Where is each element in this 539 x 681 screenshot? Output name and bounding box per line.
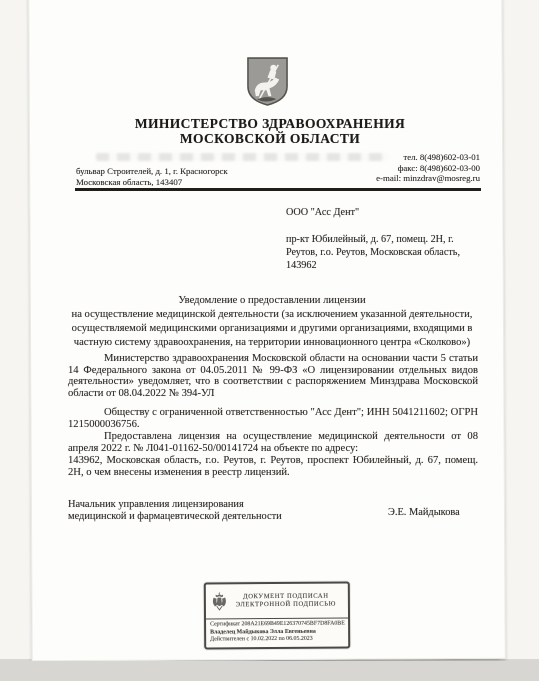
- electronic-signature-stamp: ДОКУМЕНТ ПОДПИСАН ЭЛЕКТРОННОЙ ПОДПИСЬЮ С…: [204, 581, 350, 649]
- ministry-title-line2: МОСКОВСКОЙ ОБЛАСТИ: [68, 131, 472, 146]
- moscow-region-emblem-icon: [246, 56, 289, 107]
- signatory-name: Э.Е. Майдыкова: [388, 507, 498, 518]
- body-paragraph-3-address: 143962, Московская область, г.о. Реутов,…: [68, 455, 478, 478]
- notice-title: Уведомление о предоставлении лицензии: [66, 294, 478, 308]
- scanned-document-page: МИНИСТЕРСТВО ЗДРАВООХРАНЕНИЯ МОСКОВСКОЙ …: [0, 0, 539, 681]
- header-contacts: тел. 8(498)602-03-01 факс: 8(498)602-03-…: [280, 152, 480, 184]
- double-headed-eagle-icon: [211, 590, 228, 612]
- stamp-title: ДОКУМЕНТ ПОДПИСАН ЭЛЕКТРОННОЙ ПОДПИСЬЮ: [228, 592, 344, 610]
- stamp-details: Сертификат 208A21E69B49E126370745BF7D8FA…: [206, 619, 348, 645]
- body-paragraph-3: Предоставлена лицензия на осуществление …: [68, 431, 478, 454]
- document-content: МИНИСТЕРСТВО ЗДРАВООХРАНЕНИЯ МОСКОВСКОЙ …: [0, 0, 539, 681]
- notice-heading: Уведомление о предоставлении лицензии на…: [66, 294, 478, 350]
- ministry-title-line1: МИНИСТЕРСТВО ЗДРАВООХРАНЕНИЯ: [68, 116, 472, 131]
- header-fax: факс: 8(498)602-03-00: [280, 163, 480, 174]
- signatory-position-line2: медицинской и фармацевтической деятельно…: [68, 511, 318, 523]
- signatory-position: Начальник управления лицензирования меди…: [68, 499, 318, 522]
- header-email: e-mail: minzdrav@mosreg.ru: [280, 173, 480, 184]
- recipient-address: пр-кт Юбилейный, д. 67, помещ. 2Н, г. Ре…: [286, 233, 486, 272]
- stamp-validity: Действителен с 10.02.2022 по 06.05.2023: [210, 636, 345, 645]
- stamp-certificate: Сертификат 208A21E69B49E126370745BF7D8FA…: [210, 621, 345, 630]
- header-address-line2: Московская область, 143407: [76, 177, 296, 188]
- body-paragraph-2: Обществу с ограниченной ответственностью…: [68, 407, 478, 430]
- body-paragraph-1: Министерство здравоохранения Московской …: [68, 353, 478, 399]
- header-phone: тел. 8(498)602-03-01: [280, 152, 480, 163]
- recipient-block: ООО "Асс Дент" пр-кт Юбилейный, д. 67, п…: [286, 206, 486, 272]
- header-address-line1: бульвар Строителей, д. 1, г. Красногорск: [76, 166, 296, 177]
- ministry-title: МИНИСТЕРСТВО ЗДРАВООХРАНЕНИЯ МОСКОВСКОЙ …: [68, 116, 472, 146]
- notice-subtitle: на осуществление медицинской деятельност…: [66, 308, 478, 350]
- signatory-position-line1: Начальник управления лицензирования: [68, 499, 318, 511]
- stamp-header: ДОКУМЕНТ ПОДПИСАН ЭЛЕКТРОННОЙ ПОДПИСЬЮ: [206, 584, 348, 618]
- stamp-title-line2: ЭЛЕКТРОННОЙ ПОДПИСЬЮ: [228, 601, 344, 610]
- recipient-name: ООО "Асс Дент": [286, 206, 486, 219]
- header-postal-address: бульвар Строителей, д. 1, г. Красногорск…: [76, 166, 296, 187]
- header-divider-rule: [75, 188, 481, 191]
